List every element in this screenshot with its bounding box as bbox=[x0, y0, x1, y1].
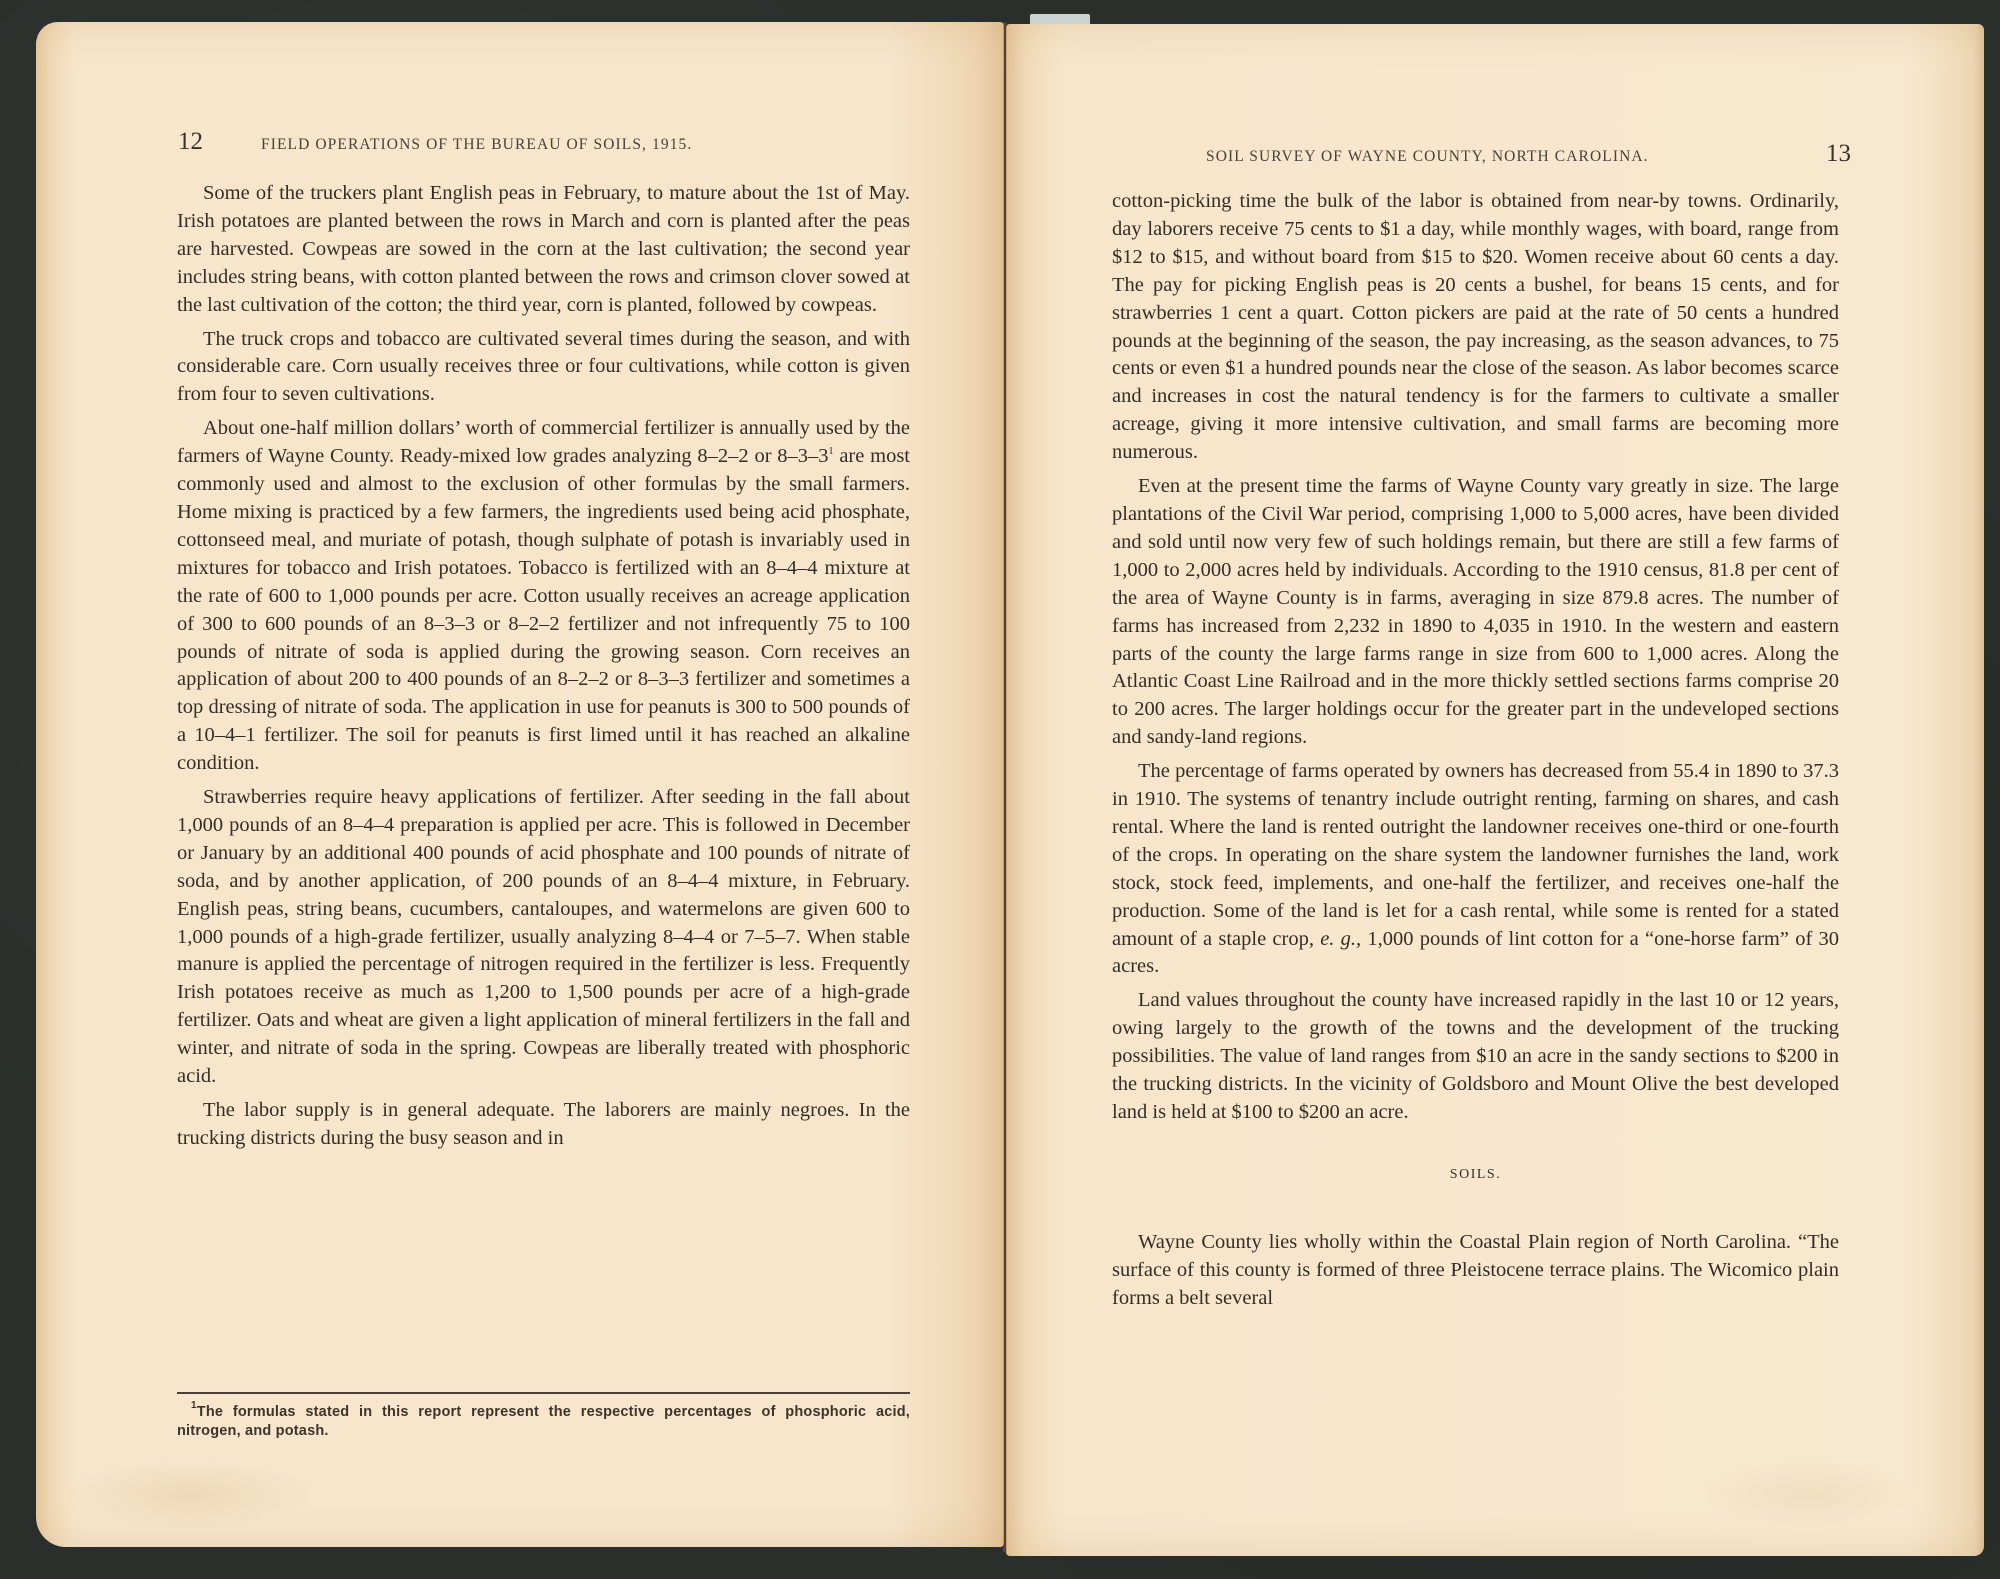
section-heading-soils: SOILS. bbox=[1112, 1161, 1839, 1189]
page-number: 12 bbox=[178, 128, 203, 156]
footnote-text: The formulas stated in this report repre… bbox=[177, 1404, 910, 1439]
paragraph-text: are most commonly used and almost to the… bbox=[177, 445, 910, 774]
right-running-head: SOIL SURVEY OF WAYNE COUNTY, NORTH CAROL… bbox=[1206, 140, 1851, 168]
paragraph: The percentage of farms operated by owne… bbox=[1112, 758, 1839, 981]
paragraph: Even at the present time the farms of Wa… bbox=[1112, 473, 1839, 752]
running-head-title: FIELD OPERATIONS OF THE BUREAU OF SOILS,… bbox=[261, 136, 692, 154]
paragraph: The labor supply is in general adequate.… bbox=[177, 1097, 910, 1153]
footnote-rule bbox=[177, 1392, 910, 1394]
paragraph: Some of the truckers plant English peas … bbox=[177, 180, 910, 320]
paragraph: Land values throughout the county have i… bbox=[1112, 987, 1839, 1127]
left-page-body: Some of the truckers plant English peas … bbox=[177, 180, 910, 1153]
right-page-body: cotton-picking time the bulk of the labo… bbox=[1112, 188, 1839, 1313]
page-number: 13 bbox=[1826, 140, 1851, 168]
footnote: 1The formulas stated in this report repr… bbox=[177, 1403, 910, 1441]
left-running-head: 12 FIELD OPERATIONS OF THE BUREAU OF SOI… bbox=[178, 128, 913, 156]
paragraph: About one-half million dollars’ worth of… bbox=[177, 415, 910, 778]
paragraph-text: About one-half million dollars’ worth of… bbox=[177, 417, 910, 467]
paragraph-text: The percentage of farms operated by owne… bbox=[1112, 760, 1839, 949]
paragraph: Strawberries require heavy applications … bbox=[177, 784, 910, 1091]
paragraph: The truck crops and tobacco are cultivat… bbox=[177, 326, 910, 410]
book-gutter bbox=[1003, 22, 1007, 1552]
paragraph-continued: cotton-picking time the bulk of the labo… bbox=[1112, 188, 1839, 467]
footnote-reference: 1 bbox=[829, 446, 834, 457]
paragraph: Wayne County lies wholly within the Coas… bbox=[1112, 1229, 1839, 1313]
running-head-title: SOIL SURVEY OF WAYNE COUNTY, NORTH CAROL… bbox=[1206, 148, 1649, 166]
italic-abbreviation: e. g., bbox=[1320, 928, 1361, 950]
